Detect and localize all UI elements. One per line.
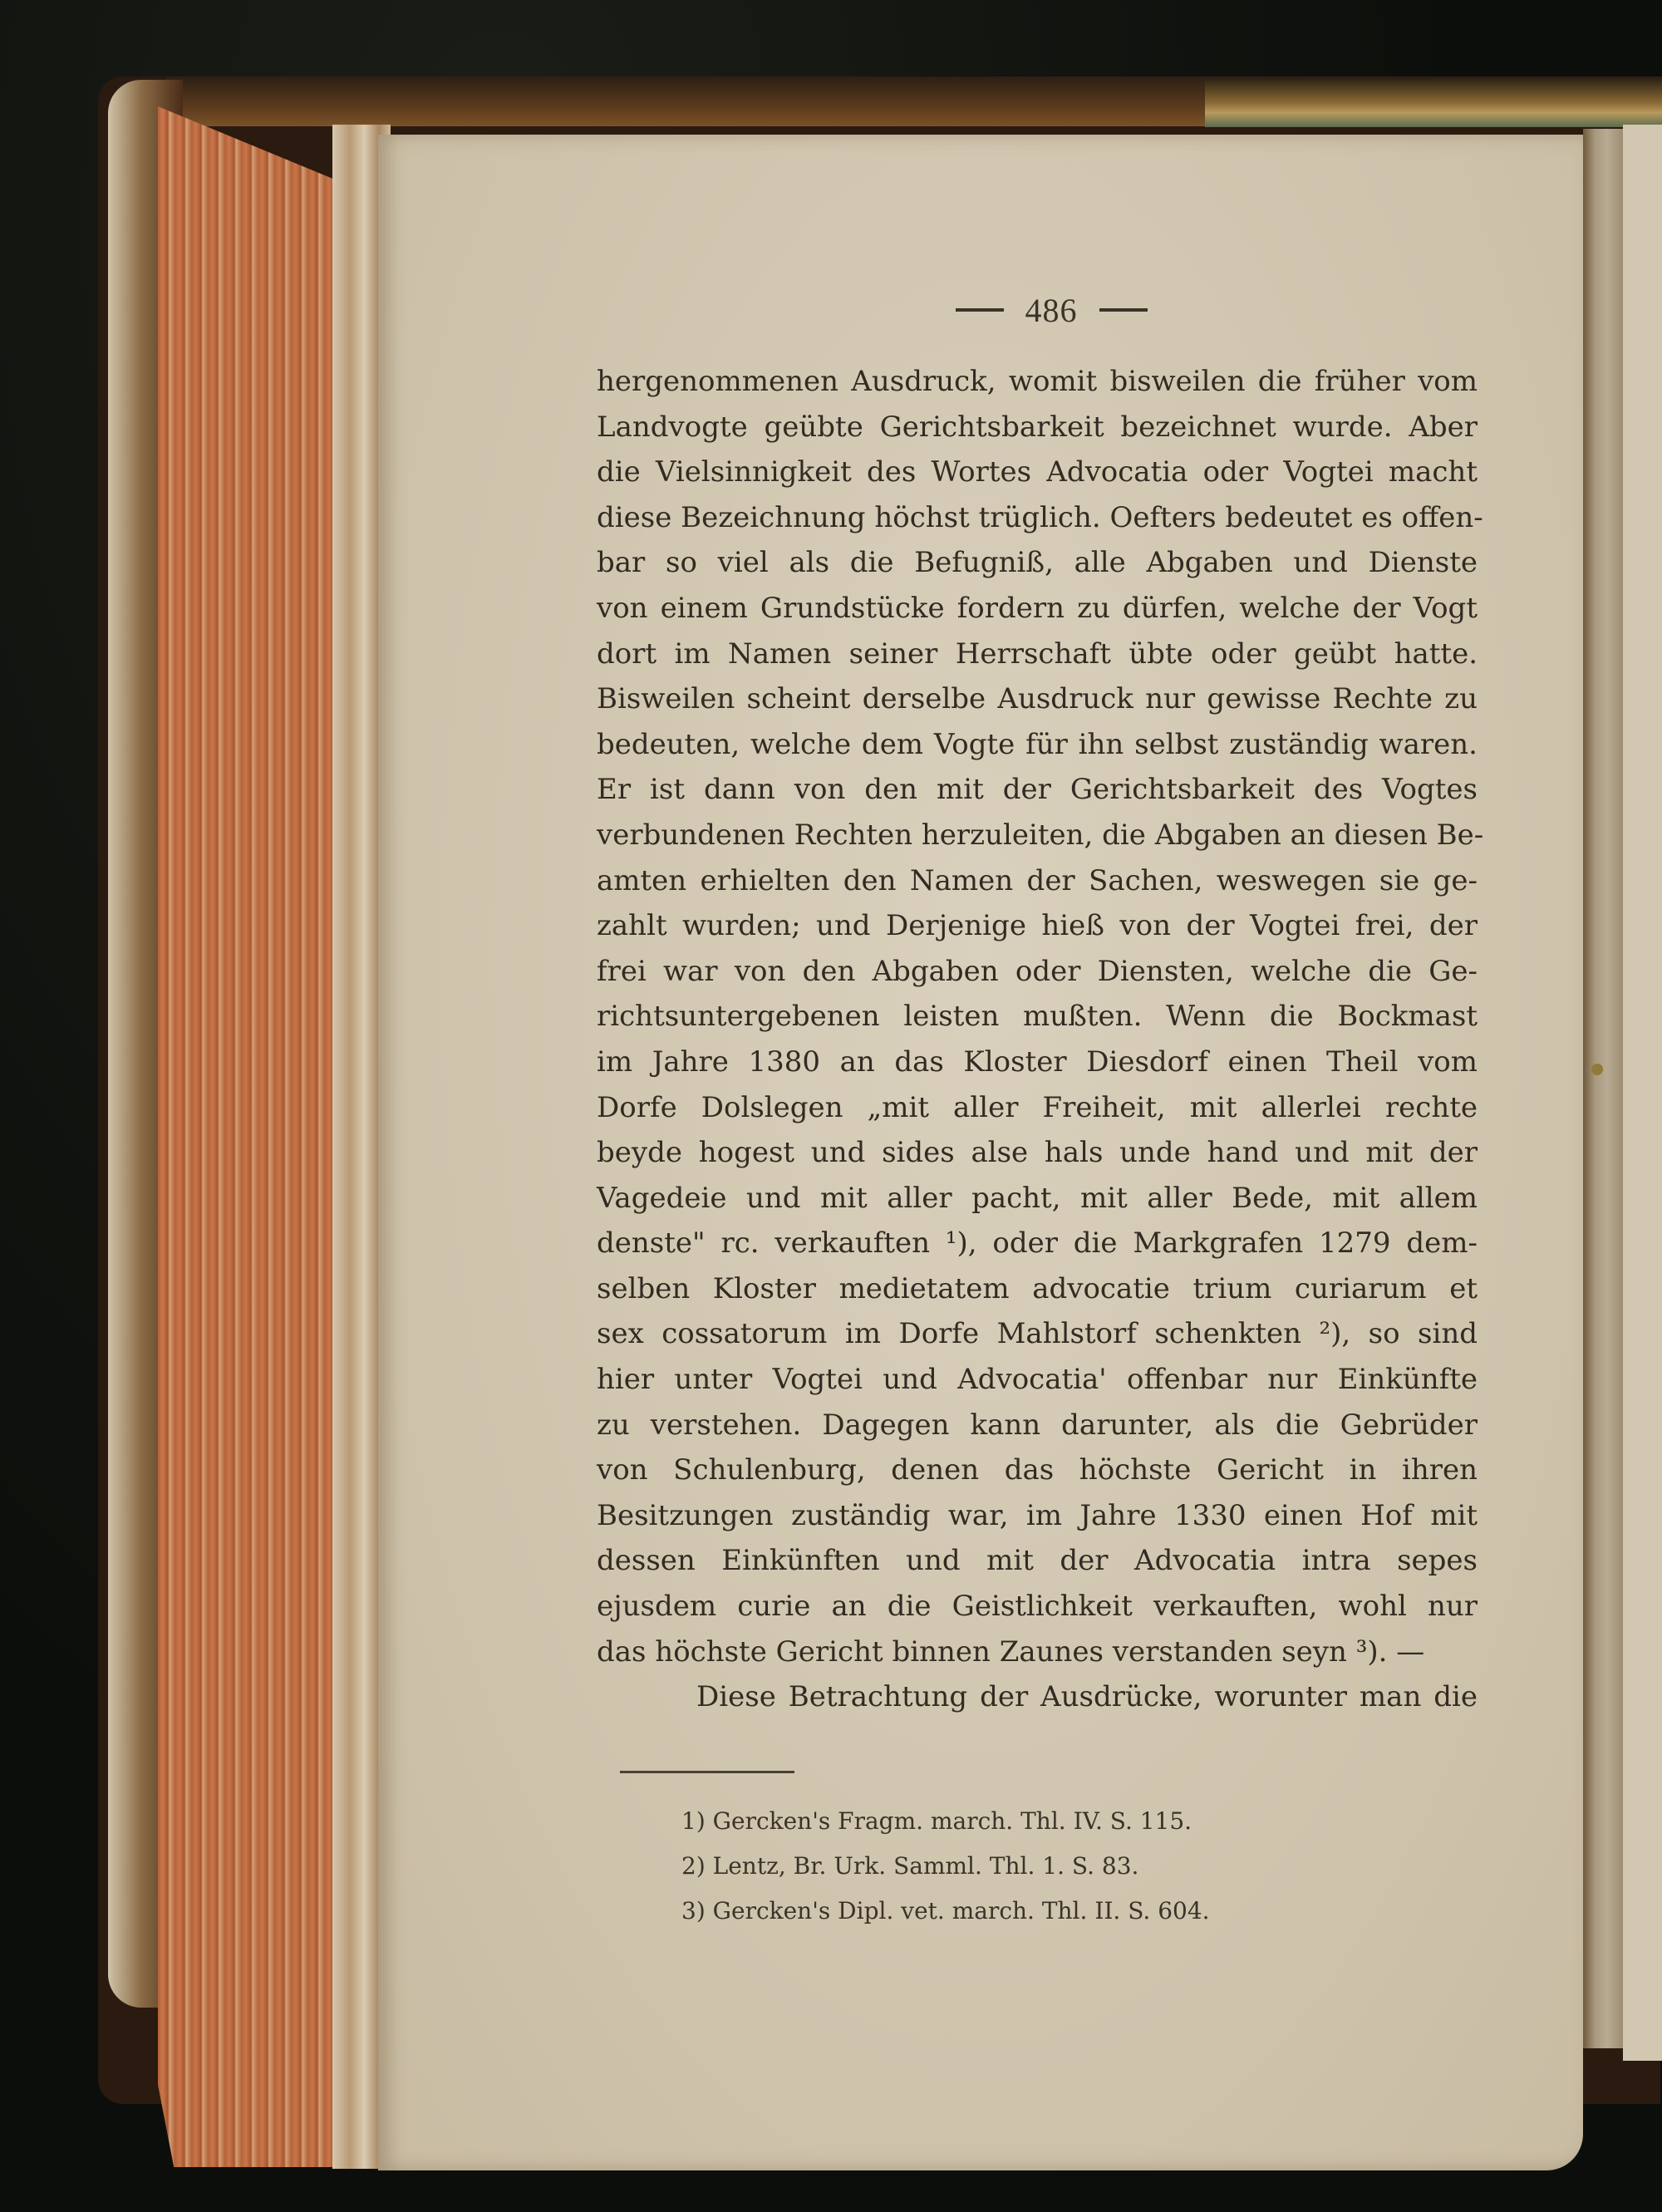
page-number: 486 xyxy=(1025,291,1078,330)
text-line: hergenommenen Ausdruck, womit bisweilen … xyxy=(597,359,1478,405)
text-line: zahlt wurden; und Derjenige hieß von der… xyxy=(597,903,1478,949)
text-line: denste" rc. verkauften ¹), oder die Mark… xyxy=(597,1221,1478,1266)
text-line: selben Kloster medietatem advocatie triu… xyxy=(597,1266,1478,1312)
text-line: frei war von den Abgaben oder Diensten, … xyxy=(597,949,1478,995)
text-line: dessen Einkünften und mit der Advocatia … xyxy=(597,1538,1478,1584)
text-line: im Jahre 1380 an das Kloster Diesdorf ei… xyxy=(597,1040,1478,1085)
text-line: Besitzungen zuständig war, im Jahre 1330… xyxy=(597,1493,1478,1539)
text-line: amten erhielten den Namen der Sachen, we… xyxy=(597,858,1478,904)
text-line: hier unter Vogtei und Advocatia' offenba… xyxy=(597,1357,1478,1403)
text-line: zu verstehen. Dagegen kann darunter, als… xyxy=(597,1403,1478,1448)
page-gutter xyxy=(1583,129,1623,2048)
header-rule-right xyxy=(1099,308,1148,312)
text-line: dort im Namen seiner Herrschaft übte ode… xyxy=(597,632,1478,677)
footnote-1: 1) Gercken's Fragm. march. Thl. IV. S. 1… xyxy=(681,1799,1210,1844)
text-line: ejusdem curie an die Geistlichkeit verka… xyxy=(597,1584,1478,1630)
text-line: diese Bezeichnung höchst trüglich. Oefte… xyxy=(597,495,1478,541)
text-line: sex cossatorum im Dorfe Mahlstorf schenk… xyxy=(597,1311,1478,1357)
page-stain xyxy=(1591,1064,1603,1075)
body-text: hergenommenen Ausdruck, womit bisweilen … xyxy=(597,359,1478,1720)
text-line: Vagedeie und mit aller pacht, mit aller … xyxy=(597,1176,1478,1222)
page-block-edges xyxy=(158,106,357,2167)
text-line: von einem Grundstücke fordern zu dürfen,… xyxy=(597,586,1478,632)
headband xyxy=(1205,79,1662,127)
footnote-separator xyxy=(620,1771,794,1773)
text-line: bedeuten, welche dem Vogte für ihn selbs… xyxy=(597,722,1478,768)
text-line: die Vielsinnigkeit des Wortes Advocatia … xyxy=(597,450,1478,495)
text-line: von Schulenburg, denen das höchste Geric… xyxy=(597,1448,1478,1493)
page-header: 486 xyxy=(902,289,1201,331)
text-line: Landvogte geübte Gerichtsbarkeit bezeich… xyxy=(597,405,1478,450)
footnote-3: 3) Gercken's Dipl. vet. march. Thl. II. … xyxy=(681,1889,1210,1934)
text-line: Bisweilen scheint derselbe Ausdruck nur … xyxy=(597,676,1478,722)
text-line-paragraph-end: das höchste Gericht binnen Zaunes versta… xyxy=(597,1630,1478,1675)
header-rule-left xyxy=(956,308,1004,312)
footnotes: 1) Gercken's Fragm. march. Thl. IV. S. 1… xyxy=(681,1799,1210,1934)
text-line: verbundenen Rechten herzuleiten, die Abg… xyxy=(597,813,1478,858)
text-line: bar so viel als die Befugniß, alle Abgab… xyxy=(597,540,1478,586)
footnote-2: 2) Lentz, Br. Urk. Samml. Thl. 1. S. 83. xyxy=(681,1844,1210,1889)
text-line: Er ist dann von den mit der Gerichtsbark… xyxy=(597,767,1478,813)
facing-page-edge xyxy=(1623,125,1662,2061)
text-line: richtsuntergebenen leisten mußten. Wenn … xyxy=(597,994,1478,1040)
text-line: Dorfe Dolslegen „mit aller Freiheit, mit… xyxy=(597,1085,1478,1131)
text-line-paragraph-start: Diese Betrachtung der Ausdrücke, worunte… xyxy=(597,1674,1478,1720)
text-line: beyde hogest und sides alse hals unde ha… xyxy=(597,1130,1478,1176)
